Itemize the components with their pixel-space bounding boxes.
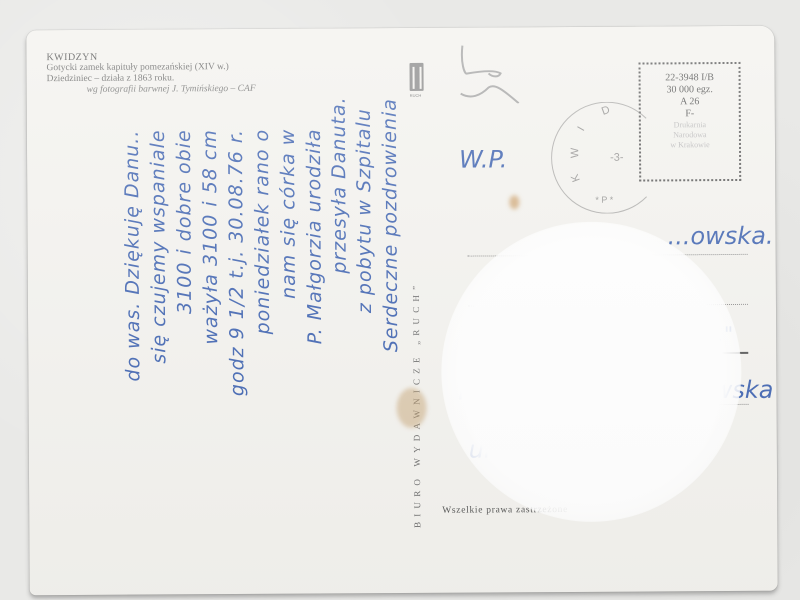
message-line: się czujemy wspaniale bbox=[147, 129, 170, 363]
message-line: przesyła Danuta. bbox=[328, 96, 351, 273]
stamp-line4: F- bbox=[641, 108, 739, 121]
ruch-logo-mark bbox=[409, 63, 423, 91]
message-line: godz 9 1/2 t.j. 30.08.76 r. bbox=[225, 129, 249, 396]
message-line: Serdeczne pozdrowienia bbox=[379, 98, 403, 352]
address-salutation: W.P. bbox=[459, 145, 507, 173]
postcard: KWIDZYN Gotycki zamek kapituły pomezańsk… bbox=[26, 26, 777, 596]
publisher-text: BIURO WYDAWNICZE „RUCH” bbox=[410, 128, 432, 528]
caption-credit: wg fotografii barwnej J. Tymińskiego – C… bbox=[47, 84, 256, 96]
message-line: 3100 i dobre obie bbox=[173, 129, 196, 314]
message-line: poniedziałek rano o bbox=[251, 129, 274, 335]
message-line: do was. Dziękuję Danu.. bbox=[121, 130, 145, 382]
message-line: ważyła 3100 i 58 cm bbox=[199, 129, 222, 345]
message-line: P. Małgorzia urodziła bbox=[303, 128, 326, 344]
postmark-date: -3- bbox=[610, 152, 624, 164]
stamp-line1: 22-3948 I/B bbox=[641, 72, 739, 85]
stain bbox=[509, 195, 519, 209]
caption: KWIDZYN Gotycki zamek kapituły pomezańsk… bbox=[46, 51, 255, 96]
ruch-logo-icon: RUCH bbox=[409, 63, 425, 99]
ruch-logo-label: RUCH bbox=[410, 93, 422, 98]
message-line: nam się córka w bbox=[277, 129, 300, 299]
stamp-line2: 30 000 egz. bbox=[641, 84, 739, 97]
caption-line1: Gotycki zamek kapituły pomezańskiej (XIV… bbox=[46, 62, 255, 74]
stamp-line3: A 26 bbox=[641, 96, 739, 109]
postmark-bottom: * P * bbox=[595, 195, 613, 205]
pencil-mark-icon bbox=[458, 43, 528, 103]
stain bbox=[396, 388, 426, 428]
publisher-vertical-text: BIURO WYDAWNICZE „RUCH” bbox=[410, 128, 422, 528]
postmark-letter: W bbox=[569, 148, 581, 158]
privacy-blur bbox=[440, 221, 742, 523]
address-line1: ...owska. bbox=[667, 222, 773, 251]
message-line: z pobytu w Szpitalu bbox=[353, 108, 376, 313]
